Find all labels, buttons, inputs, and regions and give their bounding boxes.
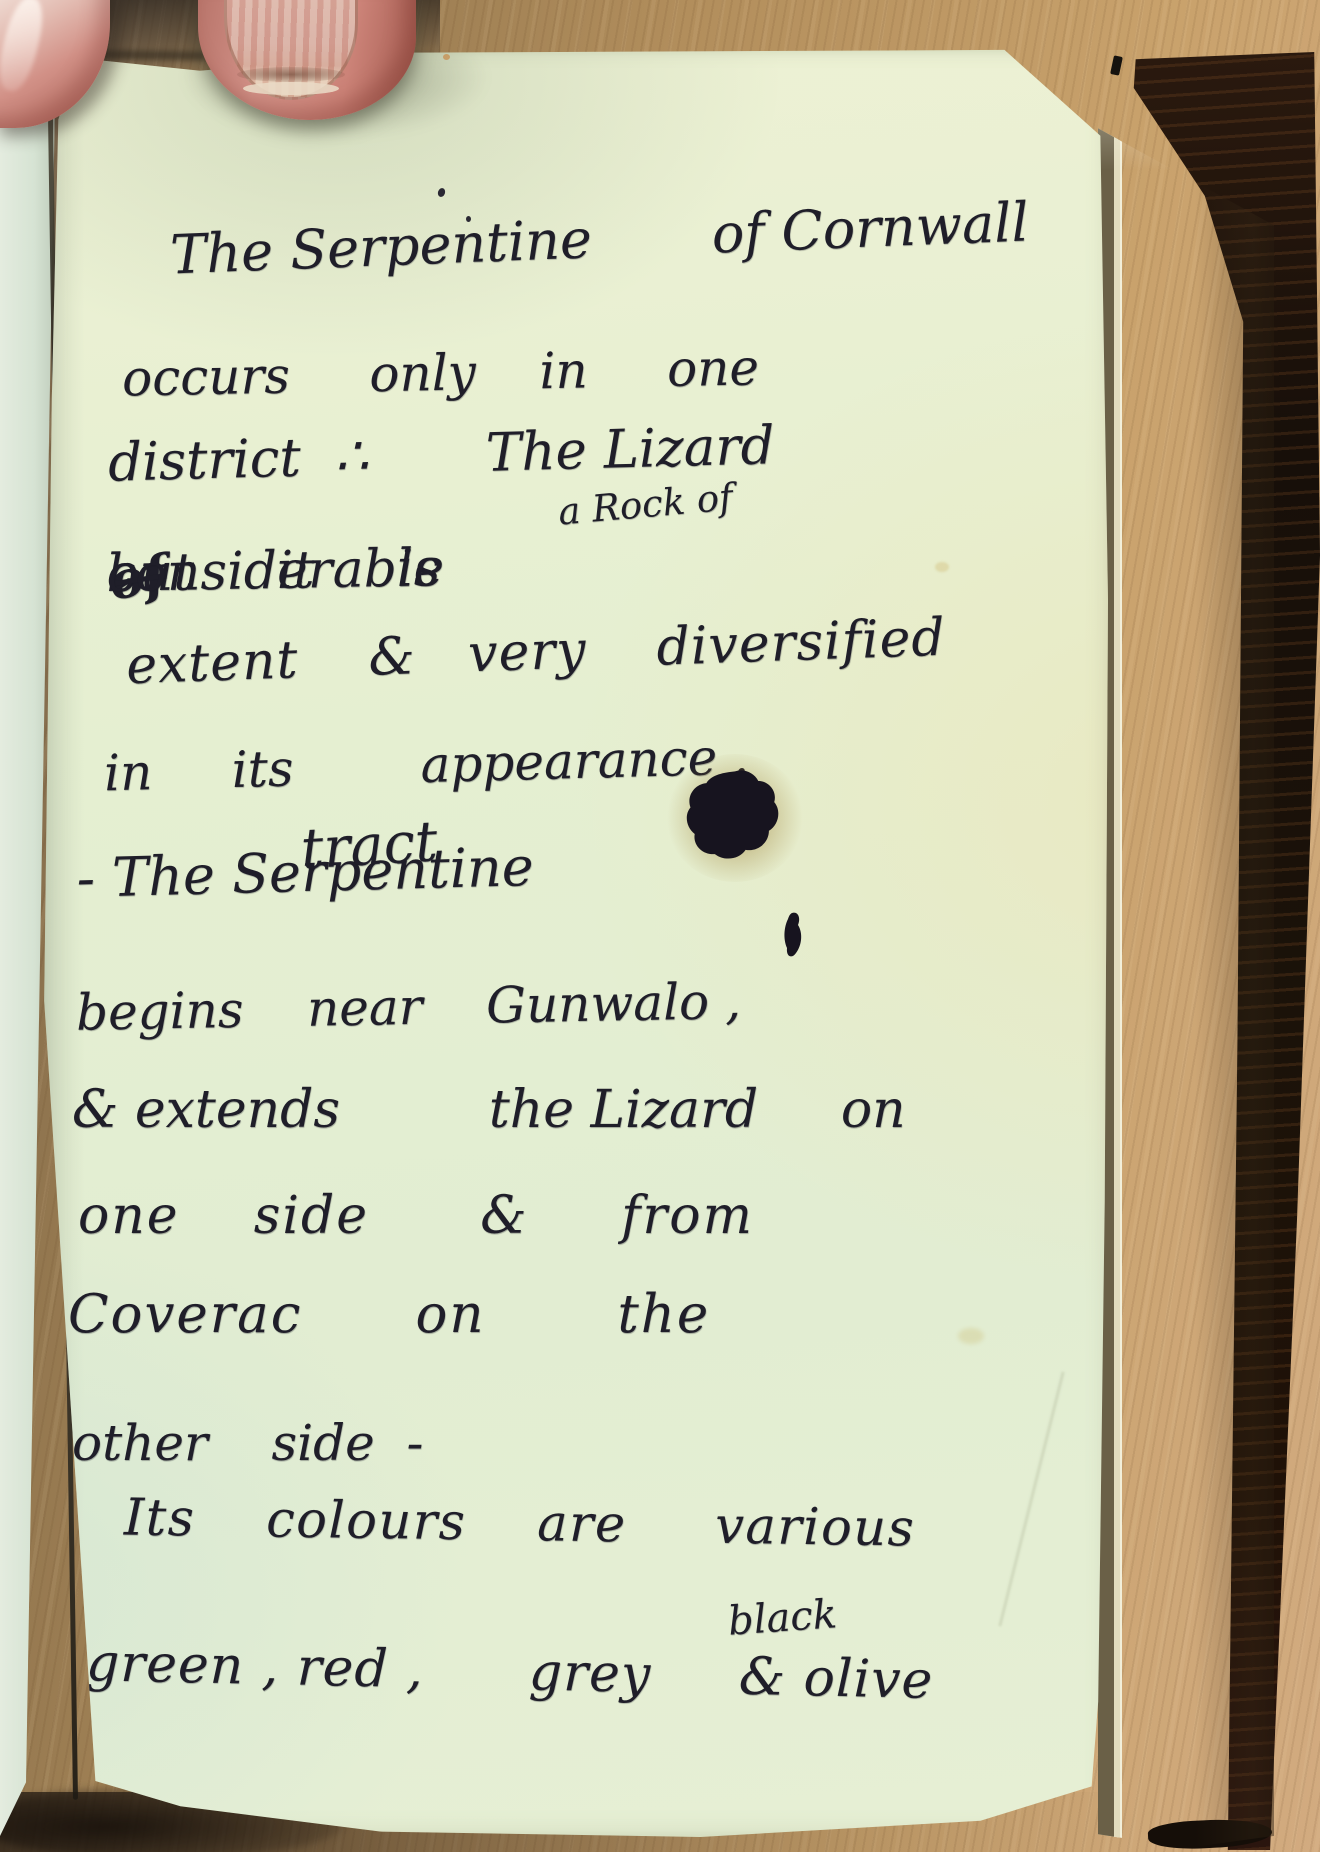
handwritten-line-10: one side & from: [78, 1190, 754, 1242]
page-edges-shading: [1098, 118, 1274, 1848]
interlinear-insertion-black: black: [727, 1594, 838, 1641]
handwritten-line-13: Its colours are various: [124, 1492, 916, 1554]
notebook-page: The Serpentine of Cornwall occurs only i…: [30, 40, 1120, 1846]
handwritten-line-1: The Serpentine of Cornwall: [169, 196, 1029, 283]
handwritten-line-3: district ∴ The Lizard: [107, 419, 775, 489]
foxing-speck: [958, 1328, 984, 1344]
foxing-speck: [935, 562, 949, 572]
handwritten-line-5: extent & very diversified: [125, 612, 946, 693]
ink-blot: [682, 768, 788, 866]
finger-highlight: [0, 0, 49, 95]
ink-speck: [466, 216, 471, 222]
line-7-raised-word: tract: [299, 814, 439, 878]
line-4-text: considerable: [106, 542, 445, 600]
handwritten-line-6: in its appearance .: [103, 732, 749, 799]
handwritten-line-11: Coverac on the: [68, 1288, 710, 1341]
thumb-nail: [224, 0, 358, 100]
interlinear-insertion-a-rock-of: a Rock of: [557, 478, 734, 530]
handwritten-line-14: green , red , grey & olive: [86, 1637, 934, 1707]
ink-speck: [437, 187, 447, 198]
handwritten-line-8: begins near Gunwalo ,: [76, 976, 742, 1038]
foxing-speck: [443, 54, 450, 60]
photo-of-notebook: The Serpentine of Cornwall occurs only i…: [0, 0, 1320, 1852]
handwritten-line-9: & extends the Lizard on: [72, 1084, 906, 1136]
handwritten-line-12: other side -: [72, 1418, 423, 1468]
paper-crease: [998, 1372, 1064, 1627]
handwritten-line-2: occurs only in one: [122, 342, 760, 403]
ink-drip: [782, 910, 806, 964]
